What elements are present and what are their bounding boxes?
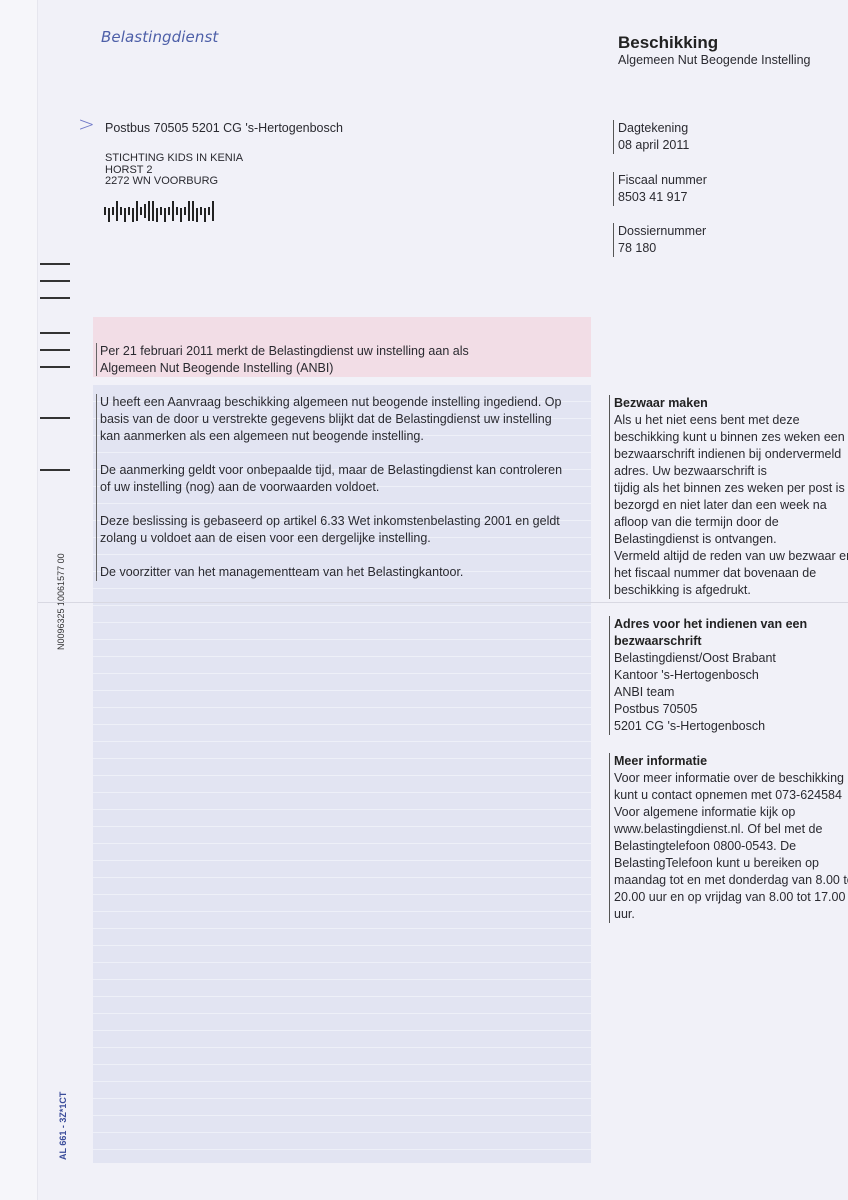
belastingdienst-logo: Belastingdienst [101,28,218,46]
document-subtitle: Algemeen Nut Beogende Instelling [618,53,811,67]
meta-label: Fiscaal nummer [618,172,707,189]
sidebar-line: beschikking is afgedrukt. [614,582,848,599]
sidebar-line: uur. [614,906,848,923]
sidebar-meer-informatie: Meer informatie Voor meer informatie ove… [609,753,848,923]
sidebar-line: het fiscaal nummer dat bovenaan de [614,565,848,582]
meta-value: 08 april 2011 [618,137,689,154]
recipient-line: 2272 WN VOORBURG [105,176,243,188]
fold-mark [40,332,70,334]
anbi-statement: Per 21 februari 2011 merkt de Belastingd… [96,343,556,376]
body-signature: De voorzitter van het managementteam van… [100,564,571,581]
sidebar-heading: bezwaarschrift [614,633,848,650]
sidebar-line: 5201 CG 's-Hertogenbosch [614,718,848,735]
fold-mark [40,469,70,471]
sidebar-line: Voor algemene informatie kijk op [614,804,848,821]
sidebar-line: kunt u contact opnemen met 073-624584 [614,787,848,804]
sidebar-line: Postbus 70505 [614,701,848,718]
paper-fold-line [38,602,848,603]
sidebar-heading: Meer informatie [614,753,848,770]
sidebar-line: beschikking kunt u binnen zes weken een [614,429,848,446]
letter-body: U heeft een Aanvraag beschikking algemee… [96,394,571,581]
return-address: Postbus 70505 5201 CG 's-Hertogenbosch [105,121,343,135]
meta-value: 8503 41 917 [618,189,707,206]
body-paragraph: Deze beslissing is gebaseerd op artikel … [100,513,571,547]
sidebar-line: afloop van die termijn door de [614,514,848,531]
anbi-line: Algemeen Nut Beogende Instelling (ANBI) [100,360,556,377]
fold-mark [40,263,70,265]
body-paragraph: U heeft een Aanvraag beschikking algemee… [100,394,571,445]
document-title: Beschikking [618,33,718,53]
sidebar-heading: Adres voor het indienen van een [614,616,848,633]
sidebar-line: www.belastingdienst.nl. Of bel met de [614,821,848,838]
meta-label: Dossiernummer [618,223,706,240]
meta-fiscaal-nummer: Fiscaal nummer 8503 41 917 [613,172,707,206]
anbi-line: Per 21 februari 2011 merkt de Belastingd… [100,343,556,360]
sidebar-line: Voor meer informatie over de beschikking [614,770,848,787]
sidebar-line: Als u het niet eens bent met deze [614,412,848,429]
sidebar-line: bezorgd en niet later dan een week na [614,497,848,514]
sidebar-line: Kantoor 's-Hertogenbosch [614,667,848,684]
sidebar-bezwaar: Bezwaar maken Als u het niet eens bent m… [609,395,848,599]
sidebar-line: tijdig als het binnen zes weken per post… [614,480,848,497]
form-code: AL 661 - 3Z*1CT [58,1092,68,1160]
sidebar-line: adres. Uw bezwaarschrift is [614,463,848,480]
meta-dagtekening: Dagtekening 08 april 2011 [613,120,689,154]
sidebar-line: maandag tot en met donderdag van 8.00 to… [614,872,848,889]
sidebar-line: ANBI team [614,684,848,701]
meta-dossiernummer: Dossiernummer 78 180 [613,223,706,257]
sidebar-line: Vermeld altijd de reden van uw bezwaar e… [614,548,848,565]
recipient-line: STICHTING KIDS IN KENIA [105,153,243,165]
fold-mark [40,349,70,351]
fold-mark [40,297,70,299]
postal-barcode-icon [104,200,214,222]
sidebar-line: 20.00 uur en op vrijdag van 8.00 tot 17.… [614,889,848,906]
sidebar-line: Belastingtelefoon 0800-0543. De [614,838,848,855]
sidebar-line: Belastingdienst is ontvangen. [614,531,848,548]
meta-value: 78 180 [618,240,706,257]
recipient-address: STICHTING KIDS IN KENIA HORST 2 2272 WN … [105,153,243,188]
fold-mark [40,366,70,368]
fold-mark [40,280,70,282]
chevron-right-icon: > [78,112,95,136]
body-paragraph: De aanmerking geldt voor onbepaalde tijd… [100,462,571,496]
sidebar-line: bezwaarschrift indienen bij ondervermeld [614,446,848,463]
left-margin-strip [0,0,38,1200]
sidebar-heading: Bezwaar maken [614,395,848,412]
sidebar-adres: Adres voor het indienen van een bezwaars… [609,616,848,735]
sidebar-line: BelastingTelefoon kunt u bereiken op [614,855,848,872]
sidebar-line: Belastingdienst/Oost Brabant [614,650,848,667]
meta-label: Dagtekening [618,120,689,137]
fold-mark [40,417,70,419]
